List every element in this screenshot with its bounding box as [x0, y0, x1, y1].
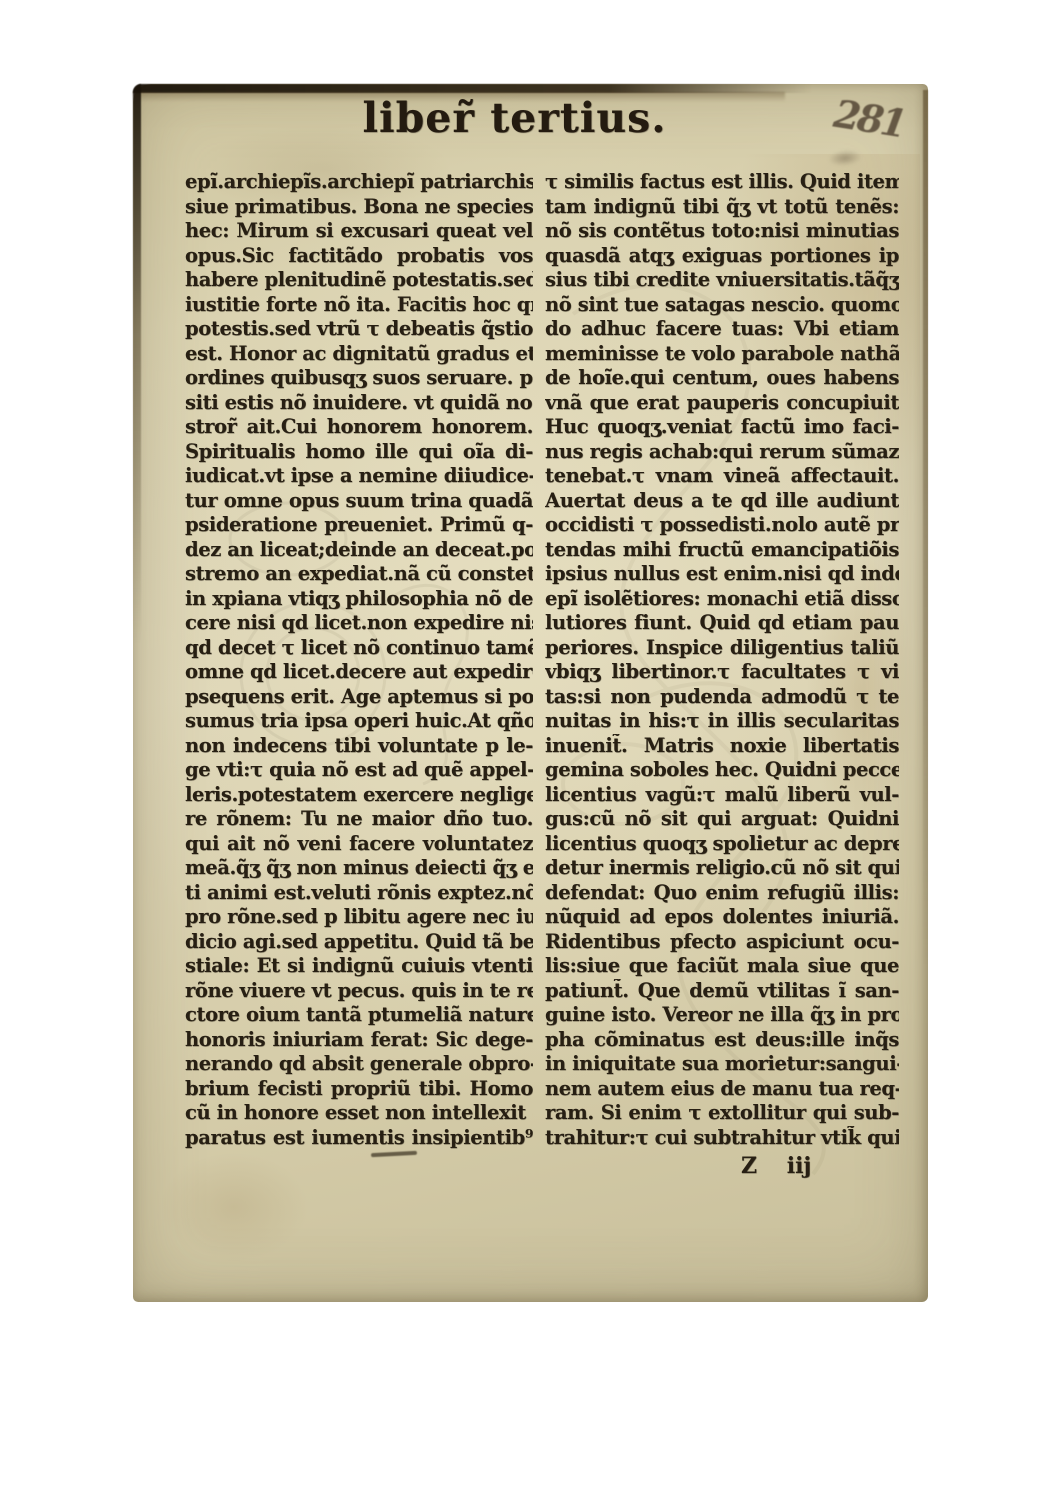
text-line: sumus tria ipsa operi huic.At qño [185, 709, 533, 734]
scan-backdrop: liber̃ tertius. 281 epĩ.archiepĩs.archie… [0, 0, 1060, 1500]
text-line: epĩ.archiepĩs.archiepĩ patriarchis [185, 170, 533, 195]
text-line: cere nisi qd licet.non expedire nisi [185, 611, 533, 636]
book-page: liber̃ tertius. 281 epĩ.archiepĩs.archie… [133, 84, 928, 1302]
text-line: quasdã atqʒ exiguas portiones ip [545, 244, 899, 269]
text-line: qd decet τ licet nõ continuo tamẽ [185, 636, 533, 661]
text-line: tendas mihi fructũ emancipatiõis [545, 538, 899, 563]
text-line: sius tibi credite vniuersitatis.tãq̃ʒ [545, 268, 899, 293]
text-line: paratus est iumentis insipientib⁹ [185, 1126, 533, 1151]
text-line: nem autem eius de manu tua req- [545, 1077, 899, 1102]
text-line: siue primatibus. Bona ne species [185, 195, 533, 220]
text-line: potestis.sed vtrũ τ debeatis q̃stio [185, 317, 533, 342]
book-left-edge [133, 84, 141, 644]
text-line: brium fecisti propriũ tibi. Homo [185, 1077, 533, 1102]
text-line: licentius quoqʒ spolietur ac depre [545, 832, 899, 857]
text-line: Spiritualis homo ille qui oĩa di- [185, 440, 533, 465]
text-line: trahitur:τ cui subtrahitur vtik̃ qui [545, 1126, 899, 1151]
text-line: tenebat.τ vnam vineã affectauit. [545, 464, 899, 489]
text-line: Huc quoqʒ.veniat factũ imo faci- [545, 415, 899, 440]
text-line: nus regis achab:qui rerum sũmaz [545, 440, 899, 465]
text-line: epĩ isolẽtiores: monachi etiã disso [545, 587, 899, 612]
text-line: cũ in honore esset non intellexit cõ [185, 1101, 533, 1126]
text-line: tur omne opus suum trina quadã [185, 489, 533, 514]
text-line: lis:siue que faciũt mala siue que [545, 954, 899, 979]
text-column-left: epĩ.archiepĩs.archiepĩ patriarchissiue p… [185, 170, 533, 1179]
text-line: rõne viuere vt pecus. quis in te re [185, 979, 533, 1004]
text-block: epĩ.archiepĩs.archiepĩ patriarchissiue p… [185, 170, 899, 1179]
text-line: gus:cũ nõ sit qui arguat: Quidni [545, 807, 899, 832]
text-line: pro rõne.sed p libitu agere nec iu- [185, 905, 533, 930]
text-line: qui ait nõ veni facere voluntatez [185, 832, 533, 857]
text-line: nũquid ad epos dolentes iniuriã. [545, 905, 899, 930]
text-line: siti estis nõ inuidere. vt quidã no- [185, 391, 533, 416]
ink-smudge [827, 148, 862, 167]
text-line: ge vti:τ quia nõ est ad quẽ appel- [185, 758, 533, 783]
text-line: meã.q̃ʒ q̃ʒ non minus deiecti q̃ʒ ela [185, 856, 533, 881]
text-line: guine isto. Vereor ne illa q̃ʒ in pro [545, 1003, 899, 1028]
text-line: iustitie forte nõ ita. Facitis hoc qr [185, 293, 533, 318]
text-line: Auertat deus a te qd ille audiunt [545, 489, 899, 514]
text-line: ctore oium tantã ptumeliã nature [185, 1003, 533, 1028]
text-line: in xpiana vtiqʒ philosophia nõ de [185, 587, 533, 612]
text-line: non indecens tibi voluntate p le- [185, 734, 533, 759]
text-line: nuitas in his:τ in illis secularitas [545, 709, 899, 734]
text-line: stror̃ ait.Cui honorem honorem. [185, 415, 533, 440]
text-line: do adhuc facere tuas: Vbi etiam [545, 317, 899, 342]
text-line: defendat: Quo enim refugiũ illis: [545, 881, 899, 906]
text-line: in iniquitate sua morietur:sangui- [545, 1052, 899, 1077]
book-right-edge [923, 90, 928, 967]
text-line: occidisti τ possedisti.nolo autẽ pre [545, 513, 899, 538]
text-line: de hoĩe.qui centum, oues habens [545, 366, 899, 391]
text-line: stremo an expediat.nã cũ constet [185, 562, 533, 587]
text-line: τ similis factus est illis. Quid item [545, 170, 899, 195]
text-column-right: τ similis factus est illis. Quid itemtam… [545, 170, 899, 1179]
text-line: nõ sis contẽtus toto:nisi minutias [545, 219, 899, 244]
text-line: ti animi est.veluti rõnis exptez.nõ [185, 881, 533, 906]
quire-signature: Z iij [545, 1153, 899, 1179]
column-lines: τ similis factus est illis. Quid itemtam… [545, 170, 899, 1150]
text-line: habere plenitudinẽ potestatis.sed [185, 268, 533, 293]
text-line: ordines quibusqʒ suos seruare. po [185, 366, 533, 391]
running-title: liber̃ tertius. [117, 94, 912, 142]
text-line: iudicat.vt ipse a nemine diiudice- [185, 464, 533, 489]
text-line: patiunt̃. Que demũ vtilitas ĩ san- [545, 979, 899, 1004]
text-line: honoris iniuriam ferat: Sic dege- [185, 1028, 533, 1053]
text-line: psideratione preueniet. Primũ q- [185, 513, 533, 538]
text-line: nerando qd absit generale obpro- [185, 1052, 533, 1077]
text-line: re rõnem: Tu ne maior dño tuo. [185, 807, 533, 832]
text-line: Ridentibus pfecto aspiciunt ocu- [545, 930, 899, 955]
text-line: lutiores fiunt. Quid qd etiam pau [545, 611, 899, 636]
text-line: omne qd licet.decere aut expedire [185, 660, 533, 685]
text-line: psequens erit. Age aptemus si pos [185, 685, 533, 710]
text-line: meminisse te volo parabole nathã [545, 342, 899, 367]
text-line: leris.potestatem exercere neglige- [185, 783, 533, 808]
text-line: tam indignũ tibi q̃ʒ vt totũ tenẽs: [545, 195, 899, 220]
text-line: tas:si non pudenda admodũ τ te [545, 685, 899, 710]
text-line: vnã que erat pauperis concupiuit [545, 391, 899, 416]
text-line: detur inermis religio.cũ nõ sit qui [545, 856, 899, 881]
text-line: opus.Sic factitãdo probatis vos [185, 244, 533, 269]
text-line: nõ sint tue satagas nescio. quomo [545, 293, 899, 318]
text-line: gemina soboles hec. Quidni peccet [545, 758, 899, 783]
text-line: licentius vagũ:τ malũ liberũ vul- [545, 783, 899, 808]
text-line: periores. Inspice diligentius taliũ [545, 636, 899, 661]
text-line: dez an liceat;deinde an deceat.po [185, 538, 533, 563]
text-line: est. Honor ac dignitatũ gradus et [185, 342, 533, 367]
text-line: inuenit̃. Matris noxie libertatis [545, 734, 899, 759]
text-line: vbiqʒ libertinor.τ facultates τ vi [545, 660, 899, 685]
text-line: ram. Si enim τ extollitur qui sub- [545, 1101, 899, 1126]
text-line: stiale: Et si indignũ cuiuis vtenti [185, 954, 533, 979]
text-line: hec: Mirum si excusari queat vel [185, 219, 533, 244]
text-line: dicio agi.sed appetitu. Quid tã be [185, 930, 533, 955]
text-line: ipsius nullus est enim.nisi qd inde [545, 562, 899, 587]
text-line: pha cõminatus est deus:ille inq̃s [545, 1028, 899, 1053]
